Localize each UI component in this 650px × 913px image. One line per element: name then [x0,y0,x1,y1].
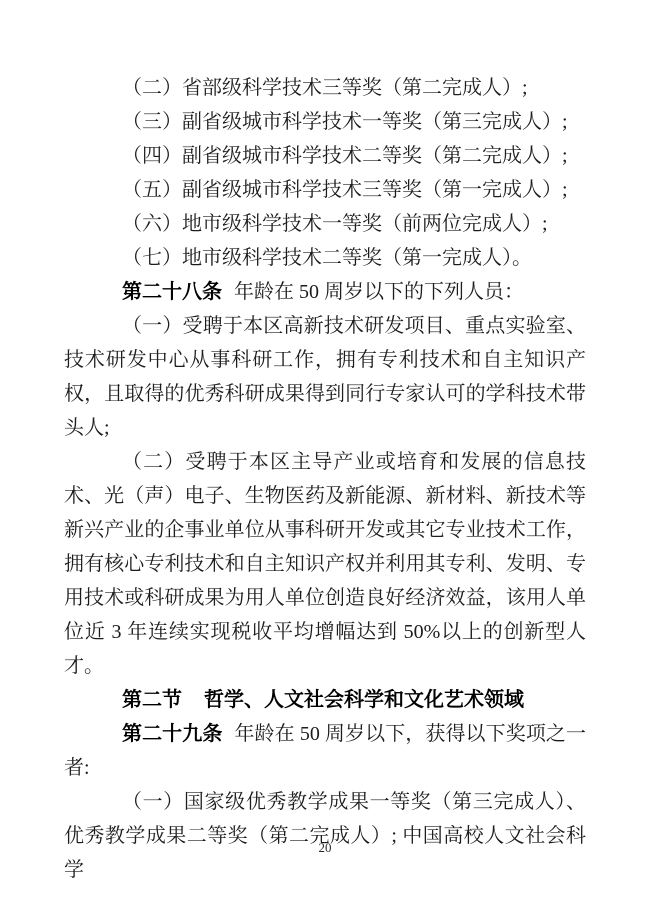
paragraph: （七）地市级科学技术二等奖（第一完成人）。 [64,241,586,275]
paragraph: （四）副省级城市科学技术二等奖（第二完成人）; [64,139,586,173]
paragraph: （六）地市级科学技术一等奖（前两位完成人）; [64,207,586,241]
paragraph: 第二十八条年龄在 50 周岁以下的下列人员： [64,275,586,309]
paragraph-text: 哲学、人文社会科学和文化艺术领域 [204,689,524,711]
paragraph-text: （一）受聘于本区高新技术研发项目、重点实验室、技术研发中心从事科研工作，拥有专利… [64,315,586,439]
paragraph-text: （二）省部级科学技术三等奖（第二完成人）; [122,77,528,99]
paragraph: （一）受聘于本区高新技术研发项目、重点实验室、技术研发中心从事科研工作，拥有专利… [64,309,586,445]
paragraph: （三）副省级城市科学技术一等奖（第三完成人）; [64,105,586,139]
section-heading: 第二节哲学、人文社会科学和文化艺术领域 [64,683,586,717]
page-number: 20 [0,840,650,856]
document-page: （二）省部级科学技术三等奖（第二完成人）;（三）副省级城市科学技术一等奖（第三完… [0,0,650,913]
paragraph: （二）省部级科学技术三等奖（第二完成人）; [64,71,586,105]
document-body: （二）省部级科学技术三等奖（第二完成人）;（三）副省级城市科学技术一等奖（第三完… [64,71,586,887]
paragraph-text: （一）国家级优秀教学成果一等奖（第三完成人）、优秀教学成果二等奖（第二完成人）;… [64,791,586,881]
paragraph-text: （三）副省级城市科学技术一等奖（第三完成人）; [122,111,568,133]
paragraph: （一）国家级优秀教学成果一等奖（第三完成人）、优秀教学成果二等奖（第二完成人）;… [64,785,586,887]
paragraph: （五）副省级城市科学技术三等奖（第一完成人）; [64,173,586,207]
paragraph-text: （二）受聘于本区主导产业或培育和发展的信息技术、光（声）电子、生物医药及新能源、… [64,451,586,677]
paragraph-text: （六）地市级科学技术一等奖（前两位完成人）; [122,213,548,235]
section-number: 第二节 [122,689,182,711]
paragraph-text: 年龄在 50 周岁以下的下列人员： [234,281,524,303]
paragraph: （二）受聘于本区主导产业或培育和发展的信息技术、光（声）电子、生物医药及新能源、… [64,445,586,683]
paragraph-text: （七）地市级科学技术二等奖（第一完成人）。 [122,247,532,269]
paragraph-text: （四）副省级城市科学技术二等奖（第二完成人）; [122,145,568,167]
article-number: 第二十八条 [122,281,222,303]
paragraph-text: （五）副省级城市科学技术三等奖（第一完成人）; [122,179,568,201]
article-number: 第二十九条 [122,723,222,745]
paragraph: 第二十九条年龄在 50 周岁以下，获得以下奖项之一者: [64,717,586,785]
